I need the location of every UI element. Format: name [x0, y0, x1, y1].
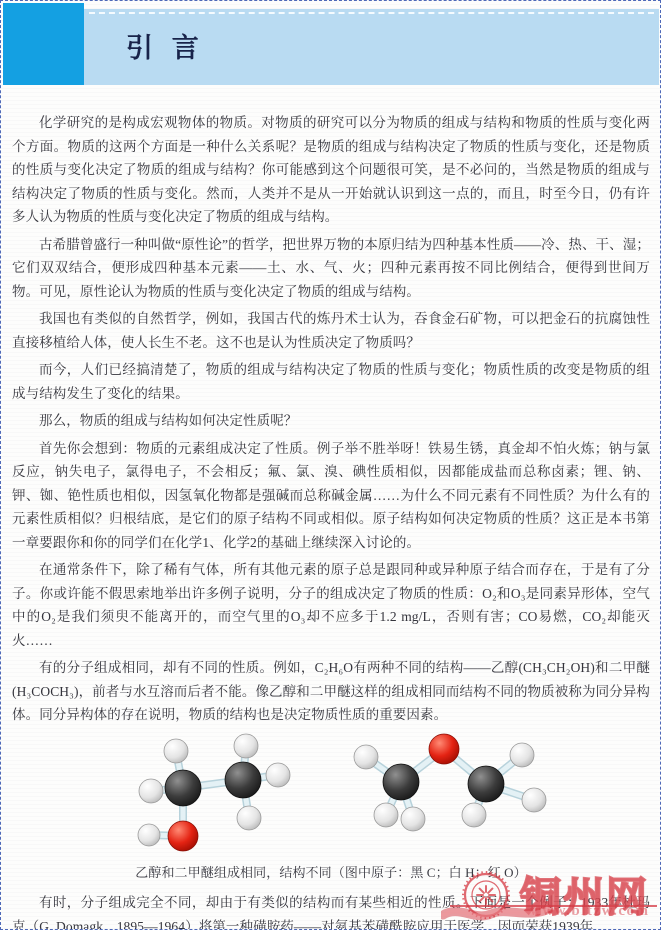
page-title: 引 言	[126, 26, 200, 65]
header-accent-square	[3, 3, 84, 85]
molecule-dimethyl-ether	[346, 733, 566, 859]
watermark-seal-icon	[441, 867, 553, 929]
body-paragraph: 古希腊曾盛行一种叫做“原性论”的哲学，把世界万物的本原归结为四种基本性质——冷、…	[12, 233, 650, 304]
textbook-page: 引 言 化学研究的是构成宏观物体的物质。对物质的研究可以分为物质的组成与结构和物…	[0, 0, 661, 930]
body-paragraph: 化学研究的是构成宏观物体的物质。对物质的研究可以分为物质的组成与结构和物质的性质…	[12, 111, 650, 229]
body-paragraph: 在通常条件下，除了稀有气体，所有其他元素的原子总是跟同种或异种原子结合而存在，于…	[12, 558, 650, 652]
body-paragraph: 首先你会想到：物质的元素组成决定了性质。例子举不胜举呀！铁易生锈，真金却不怕火炼…	[12, 437, 650, 555]
figure-caption: 乙醇和二甲醚组成相同，结构不同（图中原子：黑 C；白 H；红 O）	[12, 861, 650, 885]
page-header: 引 言	[1, 1, 660, 85]
body-paragraph: 那么，物质的组成与结构如何决定性质呢？	[12, 409, 650, 433]
body-paragraph: 而今，人们已经搞清楚了，物质的组成与结构决定了物质的性质与变化；物质性质的改变是…	[12, 358, 650, 405]
body-paragraph: 有的分子组成相同，却有不同的性质。例如，C₂H₆O有两种不同的结构——乙醇(CH…	[12, 656, 650, 727]
header-banner: 引 言	[84, 9, 659, 85]
figure-molecules	[12, 733, 650, 859]
page-content: 化学研究的是构成宏观物体的物质。对物质的研究可以分为物质的组成与结构和物质的性质…	[1, 85, 660, 930]
molecule-ethanol	[111, 733, 321, 859]
body-paragraph: 我国也有类似的自然哲学，例如，我国古代的炼丹术士认为，吞食金石矿物，可以把金石的…	[12, 307, 650, 354]
header-dashed-line	[89, 12, 654, 14]
